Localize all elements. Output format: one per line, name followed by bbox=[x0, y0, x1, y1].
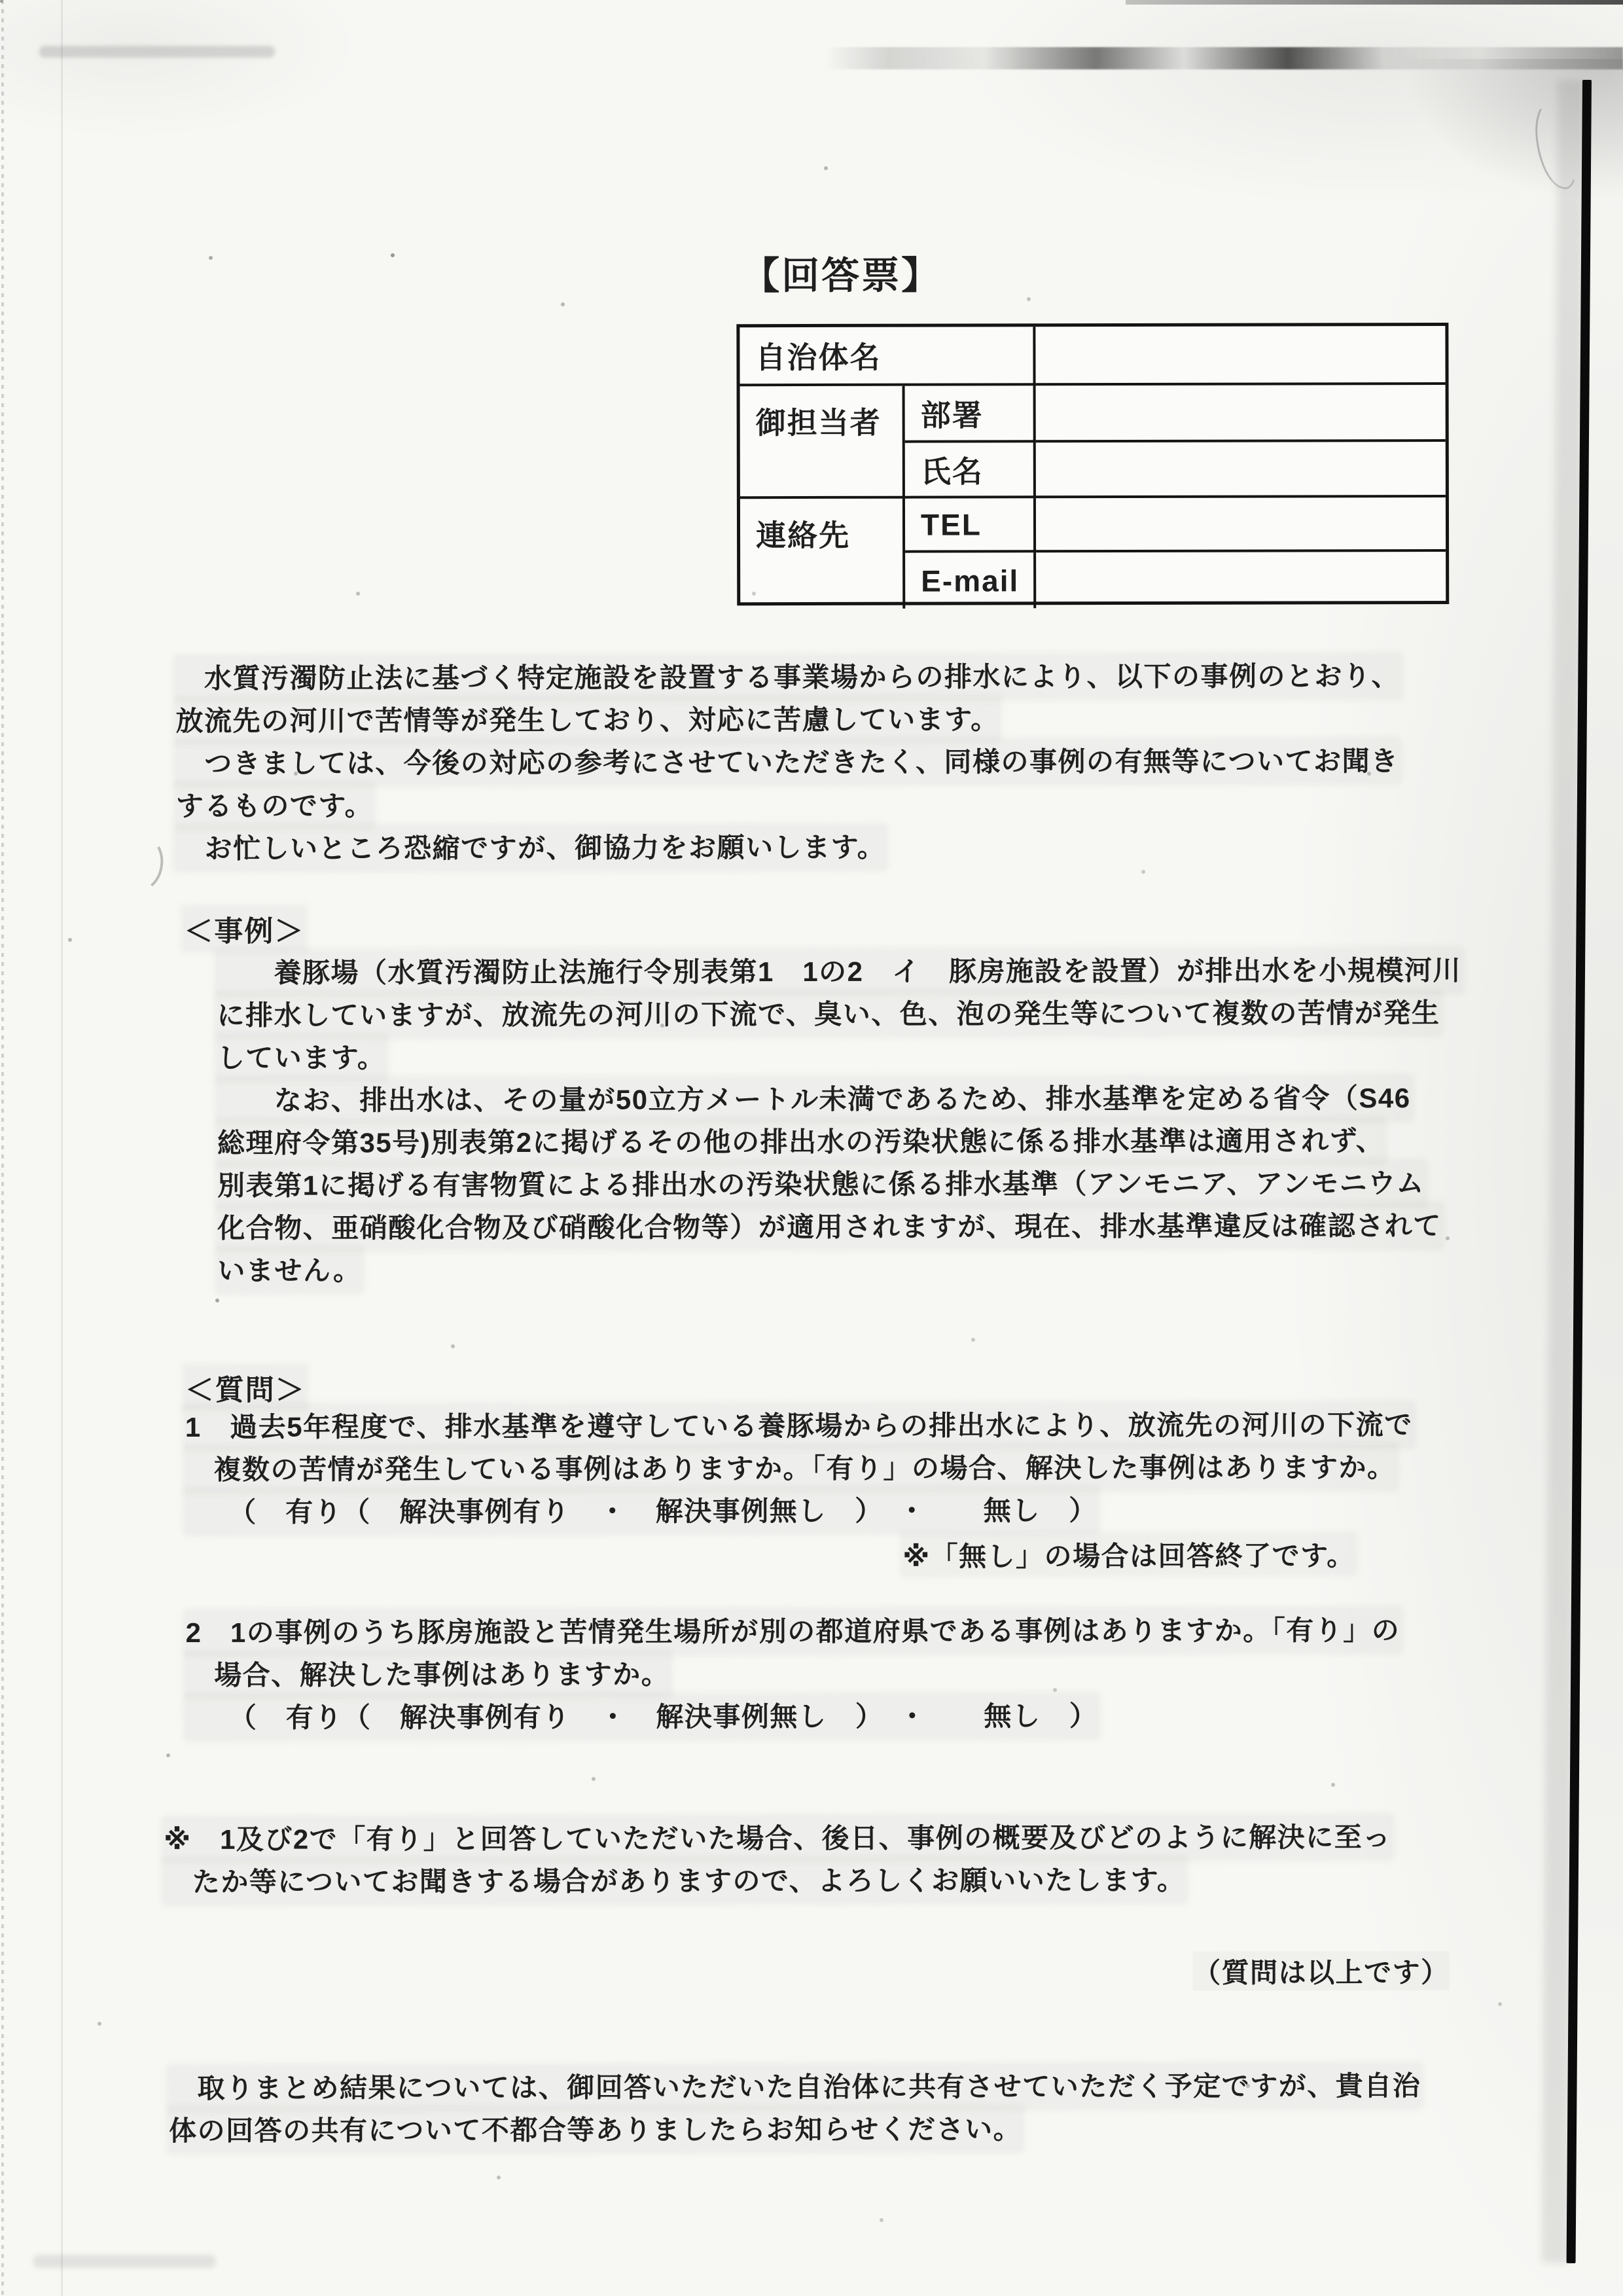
text-line: 複数の苦情が発生している事例はありますか。「有り」の場合、解決した事例はあります… bbox=[185, 1446, 1396, 1491]
scanned-document-page: 【回答票】 自治体名 御担当者 部署 氏名 連絡先 TEL E-mail 水質汚… bbox=[0, 0, 1623, 2296]
contact-info-label-cell: 連絡先 bbox=[740, 499, 905, 609]
text-line: 場合、解決した事例はありますか。 bbox=[186, 1653, 670, 1696]
department-label-cell: 部署 bbox=[905, 386, 1036, 442]
text-line: （ 有り（ 解決事例有り ・ 解決事例無し ） ・ 無し ） bbox=[185, 1489, 1097, 1534]
email-label-cell: E-mail bbox=[905, 552, 1036, 608]
question-2: 2 1の事例のうち豚房施設と苦情発生場所が別の都道府県である事例はありますか。「… bbox=[185, 1609, 1400, 1739]
followup-note: ※ 1及び2で「有り」と回答していただいた場合、後日、事例の概要及びどのように解… bbox=[164, 1816, 1391, 1903]
text-line: 体の回答の共有について不都合等ありましたらお知らせください。 bbox=[169, 2108, 1022, 2152]
name-value-cell bbox=[1036, 442, 1446, 498]
question-1-note: ※「無し」の場合は回答終了です。 bbox=[902, 1534, 1355, 1574]
text-line: しています。 bbox=[217, 1036, 386, 1079]
email-value-cell bbox=[1036, 552, 1446, 608]
text-line: 総理府令第35号)別表第2に掲げるその他の排出水の汚染状態に係る排水基準は適用さ… bbox=[217, 1119, 1384, 1164]
text-line: 養豚場（水質汚濁防止法施行令別表第1 1の2 イ 豚房施設を設置）が排出水を小規… bbox=[217, 949, 1461, 994]
tel-label-cell: TEL bbox=[905, 498, 1036, 552]
intro-paragraph: 水質汚濁防止法に基づく特定施設を設置する事業場からの排水により、以下の事例のとお… bbox=[175, 655, 1400, 870]
question-1: 1 過去5年程度で、排水基準を遵守している養豚場からの排出水により、放流先の河川… bbox=[185, 1403, 1413, 1534]
case-section-heading: ＜事例＞ bbox=[184, 908, 304, 950]
question-section-heading: ＜質問＞ bbox=[185, 1367, 306, 1408]
text-line: するものです。 bbox=[176, 784, 373, 827]
text-line: （ 有り（ 解決事例有り ・ 解決事例無し ） ・ 無し ） bbox=[186, 1695, 1098, 1739]
text-line: 取りまとめ結果については、御回答いただいた自治体に共有させていただく予定ですが、… bbox=[169, 2064, 1421, 2109]
text-line: たか等についてお聞きする場合がありますので、よろしくお願いいたします。 bbox=[164, 1859, 1185, 1903]
name-label-cell: 氏名 bbox=[905, 442, 1036, 498]
questions-closing-note: （質問は以上です） bbox=[1193, 1951, 1450, 1991]
case-paragraph-1: 養豚場（水質汚濁防止法施行令別表第1 1の2 イ 豚房施設を設置）が排出水を小規… bbox=[217, 949, 1461, 1079]
text-line: いません。 bbox=[217, 1249, 361, 1291]
municipality-label-cell: 自治体名 bbox=[740, 327, 1035, 386]
text-line: なお、排出水は、その量が50立方メートル未満であるため、排水基準を定める省令（S… bbox=[217, 1077, 1411, 1122]
tel-value-cell bbox=[1036, 497, 1446, 552]
text-line: つきましては、今後の対応の参考にさせていただきたく、同様の事例の有無等についてお… bbox=[176, 740, 1399, 785]
contact-person-label-cell: 御担当者 bbox=[740, 386, 905, 499]
text-line: 水質汚濁防止法に基づく特定施設を設置する事業場からの排水により、以下の事例のとお… bbox=[175, 655, 1400, 700]
text-line: お忙しいところ恐縮ですが、御協力をお願いします。 bbox=[176, 826, 885, 870]
document-title: 【回答票】 bbox=[741, 245, 941, 300]
text-line: 化合物、亜硝酸化合物及び硝酸化合物等）が適用されますが、現在、排水基準違反は確認… bbox=[217, 1204, 1442, 1249]
document-sheet: 【回答票】 自治体名 御担当者 部署 氏名 連絡先 TEL E-mail 水質汚… bbox=[0, 0, 1623, 2296]
text-line: ※ 1及び2で「有り」と回答していただいた場合、後日、事例の概要及びどのように解… bbox=[164, 1816, 1391, 1861]
department-value-cell bbox=[1036, 385, 1446, 442]
text-line: 放流先の河川で苦情等が発生しており、対応に苦慮しています。 bbox=[176, 698, 999, 742]
text-line: 1 過去5年程度で、排水基準を遵守している養豚場からの排出水により、放流先の河川… bbox=[185, 1403, 1413, 1448]
text-line: 別表第1に掲げる有害物質による排出水の汚染状態に係る排水基準（アンモニア、アンモ… bbox=[217, 1162, 1425, 1207]
footer-paragraph: 取りまとめ結果については、御回答いただいた自治体に共有させていただく予定ですが、… bbox=[169, 2064, 1421, 2152]
respondent-info-table: 自治体名 御担当者 部署 氏名 連絡先 TEL E-mail bbox=[736, 323, 1449, 605]
text-line: に排水していますが、放流先の河川の下流で、臭い、色、泡の発生等について複数の苦情… bbox=[217, 992, 1440, 1037]
municipality-value-cell bbox=[1035, 326, 1445, 386]
case-paragraph-2: なお、排出水は、その量が50立方メートル未満であるため、排水基準を定める省令（S… bbox=[217, 1077, 1442, 1292]
text-line: 2 1の事例のうち豚房施設と苦情発生場所が別の都道府県である事例はありますか。「… bbox=[185, 1609, 1400, 1654]
